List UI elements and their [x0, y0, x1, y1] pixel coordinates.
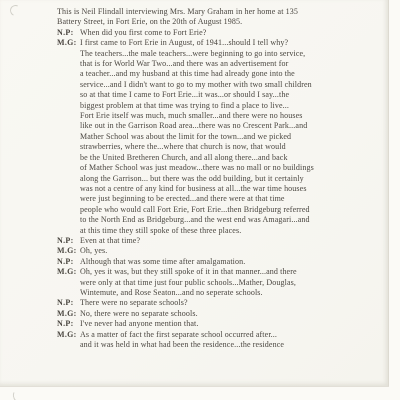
transcript-line: so at that time I came to Fort Erie...it… — [80, 90, 369, 100]
transcript-entry: M.G:I first came to Fort Erie in August,… — [57, 38, 369, 236]
transcript-line: When did you first come to Fort Erie? — [80, 28, 369, 38]
transcript-entry: M.G:No, there were no separate schools. — [57, 309, 369, 319]
transcript-line: Fort Erie itself was much, much smaller.… — [80, 111, 369, 121]
speaker-label: N.P: — [57, 257, 74, 267]
transcript-line: that is for World War Two...and there wa… — [80, 59, 369, 69]
transcript-line: was not a centre of any kind for busines… — [80, 184, 369, 194]
transcript-line: of Mather School was just meadow...there… — [80, 163, 369, 173]
transcript-entry: M.G:Oh, yes it was, but they still spoke… — [57, 267, 369, 298]
transcript-entry: N.P:Even at that time? — [57, 236, 369, 246]
transcript-line: There were no separate schools? — [80, 298, 369, 308]
transcript-line: like out in the Garrison Road area...the… — [80, 121, 369, 131]
transcript-entries: N.P:When did you first come to Fort Erie… — [57, 28, 369, 351]
transcript-entry: N.P:I've never had anyone mention that. — [57, 319, 369, 329]
transcript-line: service...and I didn't want to go to my … — [80, 80, 369, 90]
speaker-label: M.G: — [57, 309, 77, 319]
transcript-line: Even at that time? — [80, 236, 369, 246]
pencil-mark-bottom-left — [12, 389, 23, 400]
transcript-line: biggest problem at that time was trying … — [80, 101, 369, 111]
transcript-line: at this time they still spoke of these t… — [80, 226, 369, 236]
speaker-label: M.G: — [57, 38, 77, 48]
transcript-line: a teacher...and my husband at this time … — [80, 69, 369, 79]
speaker-label: M.G: — [57, 267, 77, 277]
transcript-line: Wintemute, and Rose Seaton...and no sepe… — [80, 288, 369, 298]
transcript-line: Mather School was about the limit for th… — [80, 132, 369, 142]
scanned-document-view: This is Neil Flindall interviewing Mrs. … — [0, 0, 400, 400]
transcript-entry: M.G:Oh, yes. — [57, 246, 369, 256]
transcript-intro-line: Battery Street, in Fort Erie, on the 20t… — [57, 17, 369, 27]
transcript-line: were just beginning to be erected...and … — [80, 194, 369, 204]
transcript-line: be the United Bretheren Church, and all … — [80, 153, 369, 163]
transcript-line: The teachers...the male teachers...were … — [80, 49, 369, 59]
page-edge-bottom — [0, 386, 389, 387]
transcript-line: people who would call Fort Erie, Fort Er… — [80, 205, 369, 215]
speaker-label: M.G: — [57, 330, 77, 340]
transcript-entry: M.G:As a matter of fact the first separa… — [57, 330, 369, 351]
transcript-line: Oh, yes. — [80, 246, 369, 256]
transcript-line: I've never had anyone mention that. — [80, 319, 369, 329]
page-edge-right — [388, 0, 389, 386]
speaker-label: N.P: — [57, 236, 74, 246]
speaker-label: N.P: — [57, 28, 74, 38]
transcript-line: As a matter of fact the first separate s… — [80, 330, 369, 340]
transcript-intro-line: This is Neil Flindall interviewing Mrs. … — [57, 7, 369, 17]
transcript-line: No, there were no separate schools. — [80, 309, 369, 319]
transcript-entry: N.P:There were no separate schools? — [57, 298, 369, 308]
speaker-label: M.G: — [57, 246, 77, 256]
transcript-line: along the Garrison... but there was the … — [80, 174, 369, 184]
transcript-line: were only at that time just four public … — [80, 278, 369, 288]
speaker-label: N.P: — [57, 319, 74, 329]
speaker-label: N.P: — [57, 298, 74, 308]
transcript-line: I first came to Fort Erie in August, of … — [80, 38, 369, 48]
transcript-line: strawberries, where the...where that chu… — [80, 142, 369, 152]
transcript-entry: N.P:When did you first come to Fort Erie… — [57, 28, 369, 38]
transcript-line: Oh, yes it was, but they still spoke of … — [80, 267, 369, 277]
transcript-line: to the North End as Bridgeburg...and the… — [80, 215, 369, 225]
transcript-entry: N.P:Although that was some time after am… — [57, 257, 369, 267]
transcript-line: and it was held in what had been the res… — [80, 340, 369, 350]
transcript-body: This is Neil Flindall interviewing Mrs. … — [57, 7, 369, 350]
transcript-line: Although that was some time after amalga… — [80, 257, 369, 267]
